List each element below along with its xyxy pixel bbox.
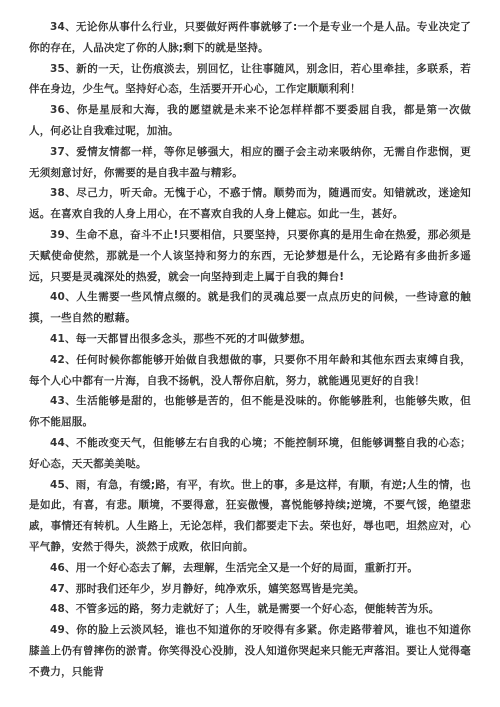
- quote-paragraph: 45、雨，有急，有缓;路，有平，有坎。世上的事，多是这样，有顺，有逆;人生的情，…: [29, 475, 471, 558]
- quote-paragraph: 38、尽己力，听天命。无愧于心，不惑于情。顺势而为，随遇而安。知错就改，迷途知返…: [29, 183, 471, 225]
- quote-paragraph: 41、每一天都冒出很多念头，那些不死的才叫做梦想。: [29, 329, 471, 350]
- quote-paragraph: 49、你的脸上云淡风轻，谁也不知道你的牙咬得有多紧。你走路带着风，谁也不知道你膝…: [29, 620, 471, 682]
- quote-paragraph: 40、人生需要一些风情点缀的。就是我们的灵魂总要一点点历史的问候，一些诗意的触摸…: [29, 287, 471, 329]
- quote-paragraph: 43、生活能够是甜的，也能够是苦的，但不能是没味的。你能够胜利，也能够失败，但你…: [29, 391, 471, 433]
- quote-paragraph: 47、那时我们还年少，岁月静好，纯净欢乐，嬉笑怒骂皆是完美。: [29, 579, 471, 600]
- quote-paragraph: 37、爱情友情都一样，等你足够强大，相应的圈子会主动来吸纳你，无需自作悲悯，更无…: [29, 142, 471, 184]
- quote-paragraph: 46、用一个好心态去了解，去理解，生活完全又是一个好的局面，重新打开。: [29, 558, 471, 579]
- quote-paragraph: 36、你是星辰和大海，我的愿望就是未来不论怎样样都不要委屈自我，都是第一次做人，…: [29, 100, 471, 142]
- quote-paragraph: 48、不管多远的路，努力走就好了；人生，就是需要一个好心态，便能转苦为乐。: [29, 599, 471, 620]
- quote-paragraph: 44、不能改变天气，但能够左右自我的心境；不能控制环境，但能够调整自我的心态；好…: [29, 433, 471, 475]
- document-page: 34、无论你从事什么行业，只要做好两件事就够了:一个是专业一个是人品。专业决定了…: [0, 0, 500, 707]
- quote-paragraph: 42、任何时候你都能够开始做自我想做的事，只要你不用年龄和其他东西去束缚自我，每…: [29, 350, 471, 392]
- quote-paragraph: 39、生命不息，奋斗不止!只要相信，只要坚持，只要你真的是用生命在热爱，那必须是…: [29, 225, 471, 287]
- quote-list: 34、无论你从事什么行业，只要做好两件事就够了:一个是专业一个是人品。专业决定了…: [0, 0, 500, 683]
- quote-paragraph: 35、新的一天，让伤痕淡去，别回忆，让往事随风，别念旧，若心里牵挂，多联系，若伴…: [29, 59, 471, 101]
- quote-paragraph: 34、无论你从事什么行业，只要做好两件事就够了:一个是专业一个是人品。专业决定了…: [29, 17, 471, 59]
